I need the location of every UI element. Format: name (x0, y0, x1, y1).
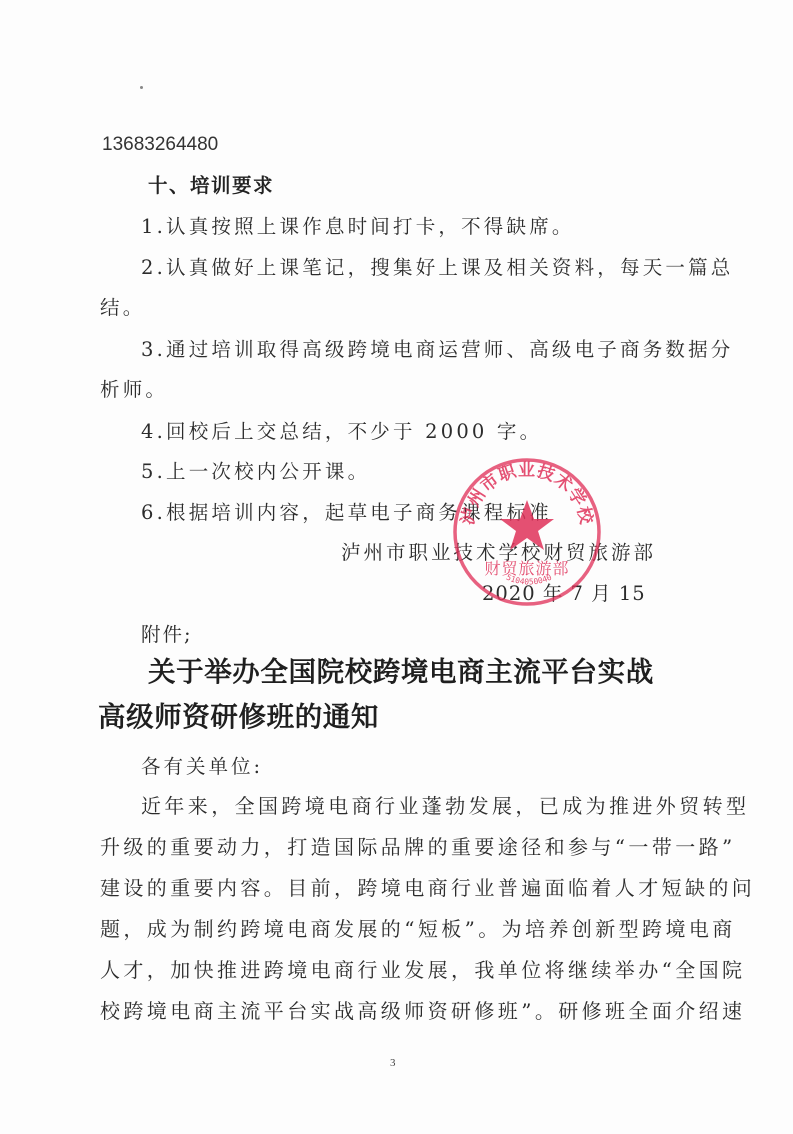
signature-organization: 泸州市职业技术学校财贸旅游部 (341, 541, 656, 565)
requirement-item: 3.通过培训取得高级跨境电商运营师、高级电子商务数据分 (141, 338, 734, 362)
attachment-label: 附件; (141, 623, 193, 647)
body-paragraph-line: 升级的重要动力，打造国际品牌的重要途径和参与“一带一路” (100, 834, 736, 860)
requirement-item-continuation: 结。 (100, 296, 145, 320)
requirement-item: 6.根据培训内容，起草电子商务课程标准 (141, 501, 552, 525)
scan-speck (140, 86, 143, 89)
salutation: 各有关单位: (141, 755, 263, 779)
body-paragraph-line: 校跨境电商主流平台实战高级师资研修班”。研修班全面介绍速 (100, 998, 745, 1024)
notice-title-line-1: 关于举办全国院校跨境电商主流平台实战 (148, 655, 654, 689)
page-number: 3 (390, 1057, 396, 1069)
phone-number: 13683264480 (102, 133, 218, 157)
section-heading: 十、培训要求 (148, 174, 274, 198)
requirement-item: 1.认真按照上课作息时间打卡，不得缺席。 (141, 215, 575, 239)
document-page: 13683264480 十、培训要求 1.认真按照上课作息时间打卡，不得缺席。 … (0, 0, 793, 1134)
requirement-item: 4.回校后上交总结，不少于 2000 字。 (141, 420, 542, 444)
requirement-item: 5.上一次校内公开课。 (141, 460, 370, 484)
requirement-item: 2.认真做好上课笔记，搜集好上课及相关资料，每天一篇总 (141, 256, 734, 280)
requirement-item-continuation: 析师。 (100, 378, 168, 402)
body-paragraph-line: 近年来，全国跨境电商行业蓬勃发展，已成为推进外贸转型 (141, 793, 749, 819)
body-paragraph-line: 人才，加快推进跨境电商行业发展，我单位将继续举办“全国院 (100, 957, 745, 983)
body-paragraph-line: 建设的重要内容。目前，跨境电商行业普遍面临着人才短缺的问 (100, 875, 755, 901)
notice-title-line-2: 高级师资研修班的通知 (98, 700, 379, 734)
signature-date: 2020 年 7 月 15 (482, 582, 646, 606)
body-paragraph-line: 题，成为制约跨境电商发展的“短板”。为培养创新型跨境电商 (100, 916, 736, 942)
